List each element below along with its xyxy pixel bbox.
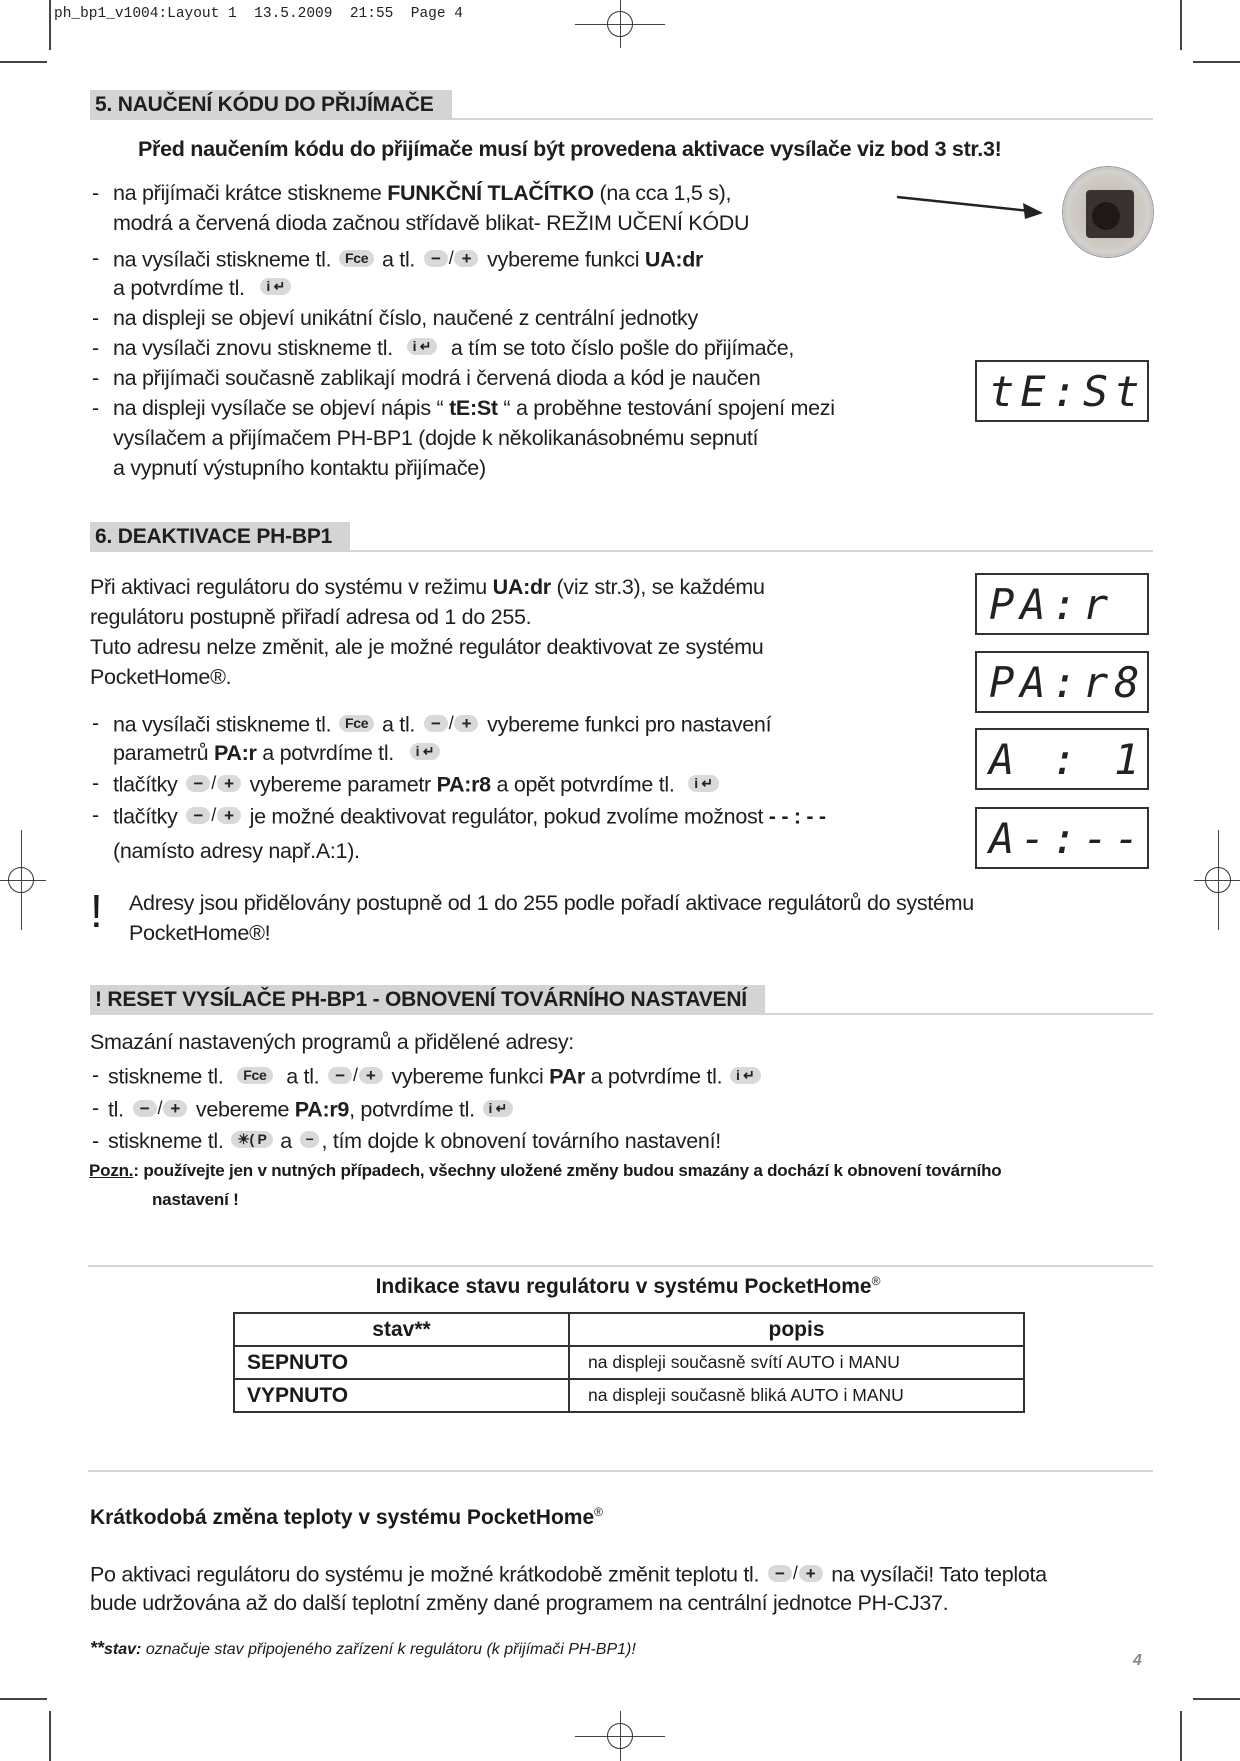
fce-key-icon: Fce	[339, 715, 374, 732]
receiver-button-photo	[1063, 167, 1153, 257]
lcd-display-a1: A : 1	[975, 728, 1149, 790]
light-program-key-icon: ☀( P	[231, 1131, 272, 1148]
enter-key-icon: i ↵	[410, 743, 441, 760]
minus-plus-key-icon: −/+	[186, 768, 241, 798]
enter-key-icon: i ↵	[688, 775, 719, 792]
step-5-1-cont: modrá a červená dioda začnou střídavě bl…	[113, 208, 749, 238]
crop-mark	[1193, 1698, 1240, 1700]
step-5-6-cont2: a vypnutí výstupního kontaktu přijímače)	[113, 453, 486, 483]
section-5-warning: Před naučením kódu do přijímače musí být…	[138, 134, 1002, 164]
footnote: **stav: označuje stav připojeného zaříze…	[90, 1638, 636, 1659]
bullet-dash: -	[92, 178, 99, 208]
section-6-heading: 6. DEAKTIVACE PH-BP1	[90, 522, 1153, 552]
section-5-title: 5. NAUČENÍ KÓDU DO PŘIJÍMAČE	[90, 90, 452, 120]
status-table: stav** popis SEPNUTO na displeji současn…	[233, 1312, 1025, 1413]
lcd-display-par: PA:r	[975, 573, 1149, 635]
reset-step-2: tl. −/+ vebereme PA:r9, potvrdíme tl. i …	[108, 1093, 515, 1125]
bullet-dash: -	[92, 243, 99, 273]
fce-key-icon: Fce	[237, 1067, 272, 1084]
section-6-para-1: Při aktivaci regulátoru do systému v rež…	[90, 572, 765, 602]
status-table-title: Indikace stavu regulátoru v systému Pock…	[233, 1274, 1023, 1299]
bullet-dash: -	[92, 768, 99, 798]
minus-plus-key-icon: −/+	[328, 1060, 383, 1090]
step-6-3-cont: (namísto adresy např.A:1).	[113, 836, 360, 866]
minus-plus-key-icon: −/+	[424, 708, 479, 738]
lcd-display-a-dashes: A-:--	[975, 807, 1149, 869]
enter-key-icon: i ↵	[260, 278, 291, 295]
step-6-1-cont: parametrů PA:r a potvrdíme tl. i ↵	[113, 738, 442, 768]
table-row: VYPNUTO na displeji současně bliká AUTO …	[234, 1379, 1024, 1412]
table-cell-popis: na displeji současně bliká AUTO i MANU	[569, 1379, 1024, 1412]
address-note-cont: PocketHome®!	[129, 918, 270, 948]
reset-step-1: stiskneme tl. Fce a tl. −/+ vybereme fun…	[108, 1060, 763, 1092]
bullet-dash: -	[92, 708, 99, 738]
crop-mark	[0, 1698, 47, 1700]
table-header-stav: stav**	[234, 1313, 569, 1346]
step-5-5: na přijímači současně zablikají modrá i …	[113, 363, 760, 393]
lcd-display-test: tE:St	[975, 360, 1149, 422]
section-6-para-3: Tuto adresu nelze změnit, ale je možné r…	[90, 632, 763, 662]
temp-para-1: Po aktivaci regulátoru do systému je mož…	[90, 1558, 1047, 1590]
reset-note-cont: nastavení !	[152, 1186, 239, 1214]
table-header-row: stav** popis	[234, 1313, 1024, 1346]
lcd-display-par8: PA:r8	[975, 651, 1149, 713]
bullet-dash: -	[92, 1126, 99, 1156]
crop-mark	[49, 0, 51, 50]
step-6-3: tlačítky −/+ je možné deaktivovat regulá…	[113, 800, 826, 832]
crop-mark	[1193, 61, 1240, 63]
table-cell-popis: na displeji současně svítí AUTO i MANU	[569, 1346, 1024, 1379]
table-cell-stav: VYPNUTO	[234, 1379, 569, 1412]
page-number: 4	[1133, 1652, 1142, 1670]
warning-exclamation-icon: !	[90, 888, 103, 934]
reset-heading: ! RESET VYSÍLAČE PH-BP1 - OBNOVENÍ TOVÁR…	[90, 985, 1153, 1015]
fce-key-icon: Fce	[339, 250, 374, 267]
minus-plus-key-icon: −/+	[186, 800, 241, 830]
step-5-1: na přijímači krátce stiskneme FUNKČNÍ TL…	[113, 178, 731, 208]
table-header-popis: popis	[569, 1313, 1024, 1346]
step-5-3: na displeji se objeví unikátní číslo, na…	[113, 303, 698, 333]
crop-mark	[1180, 1711, 1182, 1761]
bullet-dash: -	[92, 800, 99, 830]
section-6-para-2: regulátoru postupně přiřadí adresa od 1 …	[90, 602, 531, 632]
step-5-6: na displeji vysílače se objeví nápis “ t…	[113, 393, 835, 423]
minus-key-icon: −	[300, 1131, 320, 1148]
reset-intro: Smazání nastavených programů a přidělené…	[90, 1027, 574, 1057]
address-note: Adresy jsou přidělovány postupně od 1 do…	[129, 888, 974, 918]
bullet-dash: -	[92, 1060, 99, 1090]
temp-para-2: bude udržována až do další teplotní změn…	[90, 1588, 948, 1618]
divider	[88, 1265, 1153, 1267]
crop-mark	[0, 61, 47, 63]
bullet-dash: -	[92, 1093, 99, 1123]
step-5-2-cont: a potvrdíme tl. i ↵	[113, 273, 293, 303]
bullet-dash: -	[92, 333, 99, 363]
divider	[88, 1470, 1153, 1472]
bullet-dash: -	[92, 363, 99, 393]
step-5-6-cont: vysílačem a přijímačem PH-BP1 (dojde k n…	[113, 423, 758, 453]
arrow-icon	[895, 193, 1045, 223]
minus-plus-key-icon: −/+	[424, 243, 479, 273]
reset-title: ! RESET VYSÍLAČE PH-BP1 - OBNOVENÍ TOVÁR…	[90, 985, 765, 1015]
step-6-1: na vysílači stiskneme tl. Fce a tl. −/+ …	[113, 708, 771, 740]
enter-key-icon: i ↵	[483, 1100, 514, 1117]
enter-key-icon: i ↵	[407, 338, 438, 355]
minus-plus-key-icon: −/+	[768, 1558, 823, 1588]
step-5-4: na vysílači znovu stiskneme tl. i ↵ a tí…	[113, 333, 794, 363]
table-row: SEPNUTO na displeji současně svítí AUTO …	[234, 1346, 1024, 1379]
crop-mark	[1180, 0, 1182, 50]
table-cell-stav: SEPNUTO	[234, 1346, 569, 1379]
bullet-dash: -	[92, 303, 99, 333]
minus-plus-key-icon: −/+	[133, 1093, 188, 1123]
section-5-heading: 5. NAUČENÍ KÓDU DO PŘIJÍMAČE	[90, 90, 1153, 120]
section-6-title: 6. DEAKTIVACE PH-BP1	[90, 522, 350, 552]
step-6-2: tlačítky −/+ vybereme parametr PA:r8 a o…	[113, 768, 721, 800]
print-slug: ph_bp1_v1004:Layout 1 13.5.2009 21:55 Pa…	[54, 6, 463, 22]
section-6-para-4: PocketHome®.	[90, 662, 231, 692]
enter-key-icon: i ↵	[730, 1067, 761, 1084]
temp-change-title: Krátkodobá změna teploty v systému Pocke…	[90, 1505, 603, 1530]
crop-mark	[49, 1711, 51, 1761]
reset-note: Pozn.: používejte jen v nutných případec…	[89, 1157, 1001, 1185]
bullet-dash: -	[92, 393, 99, 423]
reset-step-3: stiskneme tl. ☀( P a −, tím dojde k obno…	[108, 1126, 721, 1156]
step-5-2: na vysílači stiskneme tl. Fce a tl. −/+ …	[113, 243, 703, 275]
